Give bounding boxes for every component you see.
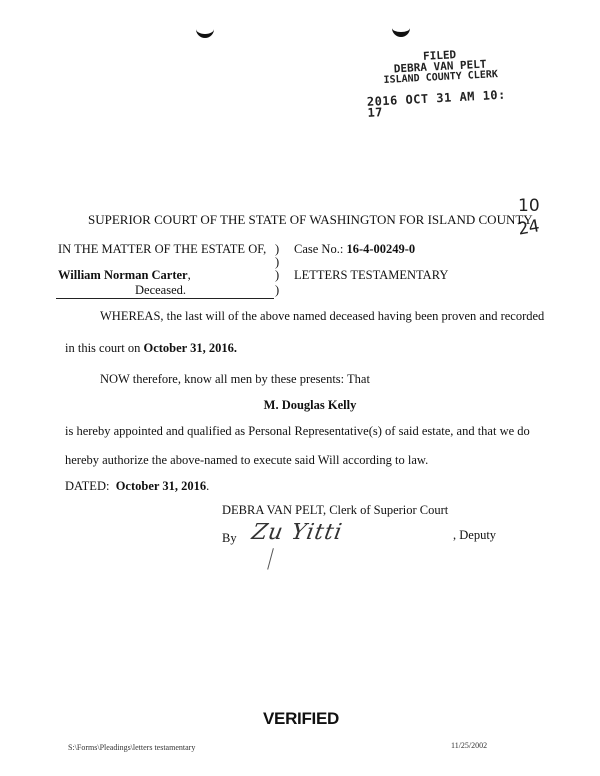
personal-representative-name: M. Douglas Kelly <box>0 398 600 413</box>
hole-punch-mark-left <box>196 24 214 38</box>
recorded-line: in this court on October 31, 2016. <box>65 341 237 356</box>
decedent-name: William Norman Carter, <box>58 268 191 283</box>
filed-stamp: FILED DEBRA VAN PELT ISLAND COUNTY CLERK… <box>364 46 517 119</box>
deputy-label: , Deputy <box>453 528 496 543</box>
now-therefore: NOW therefore, know all men by these pre… <box>100 372 370 387</box>
caption-underline <box>56 298 274 299</box>
document-title: LETTERS TESTAMENTARY <box>294 268 448 283</box>
deceased-label: Deceased. <box>135 283 186 298</box>
footer-date: 11/25/2002 <box>451 741 487 750</box>
appointment-clause: is hereby appointed and qualified as Per… <box>65 424 530 439</box>
caption-matter: IN THE MATTER OF THE ESTATE OF, <box>58 242 266 257</box>
case-number: Case No.: 16-4-00249-0 <box>294 242 415 257</box>
dated-line: DATED: October 31, 2016. <box>65 479 209 494</box>
whereas-clause: WHEREAS, the last will of the above name… <box>100 309 544 324</box>
clerk-title: DEBRA VAN PELT, Clerk of Superior Court <box>222 503 448 518</box>
caption-paren: ) <box>275 283 279 298</box>
caption-paren: ) <box>275 268 279 283</box>
by-label: By <box>222 531 237 546</box>
footer-path: S:\Forms\Pleadings\letters testamentary <box>68 743 195 752</box>
authorization-clause: hereby authorize the above-named to exec… <box>65 453 428 468</box>
clerk-signature: Zu Yitti <box>250 520 345 545</box>
hole-punch-mark-right <box>392 22 410 37</box>
verified-stamp: VERIFIED <box>263 709 339 729</box>
court-title: SUPERIOR COURT OF THE STATE OF WASHINGTO… <box>88 212 533 228</box>
stamp-date: 2016 OCT 31 AM 10: 17 <box>367 89 518 119</box>
signature-tail <box>267 548 275 570</box>
